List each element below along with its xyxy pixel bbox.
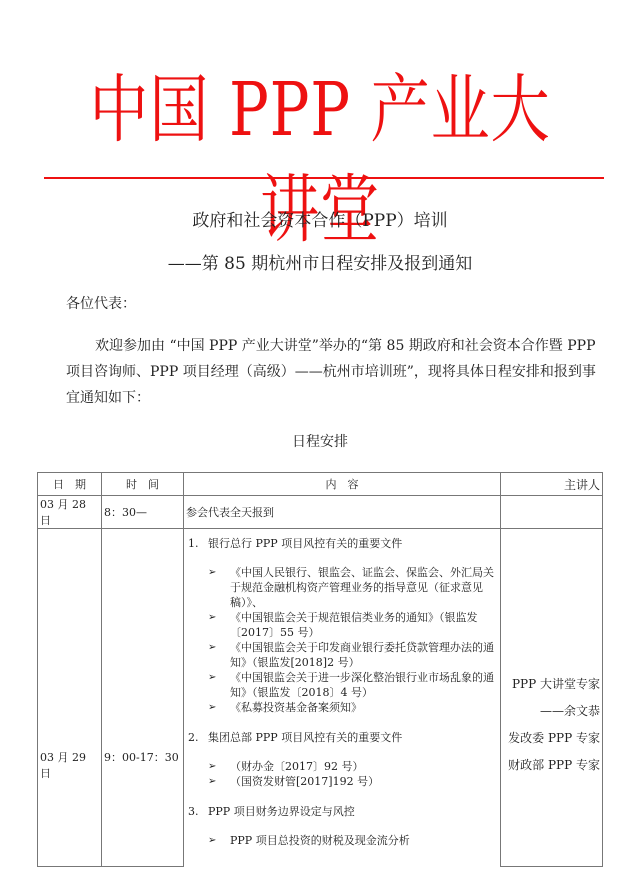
speaker-line: 发改委 PPP 专家 xyxy=(503,725,600,752)
schedule-table: 日 期 时 间 内 容 主讲人 03 月 28 日 8：30— 参会代表全天报到… xyxy=(37,472,603,867)
row-time: 8：30— xyxy=(102,496,184,529)
header-speaker: 主讲人 xyxy=(501,473,603,496)
list-item: ➢《私募投资基金备案须知》 xyxy=(208,700,496,715)
red-divider xyxy=(44,177,604,179)
arrow-bullet-icon: ➢ xyxy=(208,610,216,625)
speaker-line: PPP 大讲堂专家 xyxy=(503,671,600,698)
arrow-bullet-icon: ➢ xyxy=(208,774,216,789)
intro-paragraph: 欢迎参加由 “中国 PPP 产业大讲堂”举办的“第 85 期政府和社会资本合作暨… xyxy=(66,333,596,411)
schedule-title: 日程安排 xyxy=(0,431,640,451)
row-content: 1.银行总行 PPP 项目风控有关的重要文件 ➢《中国人民银行、银监会、证监会、… xyxy=(184,529,501,867)
arrow-bullet-icon: ➢ xyxy=(208,700,216,715)
list-item: ➢《中国人民银行、银监会、证监会、保监会、外汇局关于规范金融机构资产管理业务的指… xyxy=(208,565,496,610)
arrow-bullet-icon: ➢ xyxy=(208,833,216,848)
list-item: ➢PPP 项目总投资的财税及现金流分析 xyxy=(208,833,496,848)
header-content: 内 容 xyxy=(184,473,501,496)
section-2-title: 2.集团总部 PPP 项目风控有关的重要文件 xyxy=(188,729,496,745)
row-content: 参会代表全天报到 xyxy=(184,496,501,529)
table-row: 03 月 29 日 9：00-17：30 1.银行总行 PPP 项目风控有关的重… xyxy=(38,529,603,867)
header-time: 时 间 xyxy=(102,473,184,496)
list-item: ➢《中国银监会关于印发商业银行委托贷款管理办法的通知》（银监发[2018]2 号… xyxy=(208,640,496,670)
document-title: 政府和社会资本合作（PPP）培训 xyxy=(0,206,640,231)
list-item: ➢《中国银监会关于规范银信类业务的通知》（银监发〔2017〕55 号） xyxy=(208,610,496,640)
header-date: 日 期 xyxy=(38,473,102,496)
greeting: 各位代表： xyxy=(66,293,136,313)
arrow-bullet-icon: ➢ xyxy=(208,759,216,774)
arrow-bullet-icon: ➢ xyxy=(208,670,216,685)
table-header-row: 日 期 时 间 内 容 主讲人 xyxy=(38,473,603,496)
section-3-title: 3.PPP 项目财务边界设定与风控 xyxy=(188,803,496,819)
row-time: 9：00-17：30 xyxy=(102,529,184,867)
arrow-bullet-icon: ➢ xyxy=(208,565,216,580)
speaker-line: ——余文恭 xyxy=(503,698,600,725)
intro-text: 欢迎参加由 “中国 PPP 产业大讲堂”举办的“第 85 期政府和社会资本合作暨… xyxy=(66,338,596,406)
list-item: ➢（财办金〔2017〕92 号） xyxy=(208,759,496,774)
row-date: 03 月 28 日 xyxy=(38,496,102,529)
row-date: 03 月 29 日 xyxy=(38,529,102,867)
section-1-list: ➢《中国人民银行、银监会、证监会、保监会、外汇局关于规范金融机构资产管理业务的指… xyxy=(188,565,496,715)
row-speaker xyxy=(501,496,603,529)
list-item: ➢（国资发财管[2017]192 号） xyxy=(208,774,496,789)
section-1-title: 1.银行总行 PPP 项目风控有关的重要文件 xyxy=(188,535,496,551)
section-2-list: ➢（财办金〔2017〕92 号） ➢（国资发财管[2017]192 号） xyxy=(188,759,496,789)
speaker-line: 财政部 PPP 专家 xyxy=(503,752,600,779)
list-item: ➢《中国银监会关于进一步深化整治银行业市场乱象的通知》（银监发〔2018〕4 号… xyxy=(208,670,496,700)
row-speaker: PPP 大讲堂专家 ——余文恭 发改委 PPP 专家 财政部 PPP 专家 xyxy=(501,529,603,867)
table-row: 03 月 28 日 8：30— 参会代表全天报到 xyxy=(38,496,603,529)
section-3-list: ➢PPP 项目总投资的财税及现金流分析 xyxy=(188,833,496,848)
arrow-bullet-icon: ➢ xyxy=(208,640,216,655)
document-subtitle: ——第 85 期杭州市日程安排及报到通知 xyxy=(0,249,640,274)
